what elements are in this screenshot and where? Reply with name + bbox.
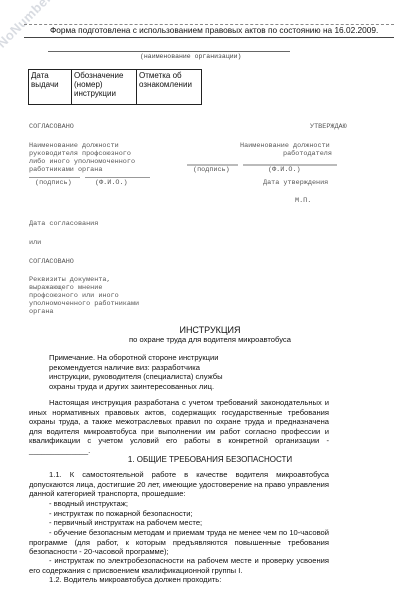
list-item: - инструктаж по электробезопасности на р… — [29, 556, 329, 575]
right-fio-label: (Ф.И.О.) — [268, 167, 301, 175]
agreed-label-2: СОГЛАСОВАНО — [29, 259, 74, 267]
left-position-4: работниками органа — [29, 167, 102, 175]
document-subtitle: по охране труда для водителя микроавтобу… — [0, 335, 420, 344]
form-note: Форма подготовлена с использованием прав… — [50, 25, 378, 35]
acknowledgement-cell: Отметка об ознакомлении — [137, 70, 202, 105]
approval-date-label: Дата утверждения — [263, 180, 328, 188]
document-title: ИНСТРУКЦИЯ — [0, 325, 420, 335]
issue-date-cell: Дата выдачи — [29, 70, 72, 105]
agreed-label: СОГЛАСОВАНО — [29, 124, 74, 132]
section-1-heading: 1. ОБЩИЕ ТРЕБОВАНИЯ БЕЗОПАСНОСТИ — [0, 455, 420, 464]
org-name-label: (наименование организации) — [140, 53, 241, 60]
issue-table: Дата выдачи Обозначение (номер) инструкц… — [28, 69, 202, 105]
list-item: - вводный инструктаж; — [49, 499, 128, 509]
left-signature-line — [29, 177, 80, 178]
list-item: - первичный инструктаж на рабочем месте; — [49, 518, 202, 528]
right-position-2: работодателя — [283, 151, 332, 159]
clause-1-1: 1.1. К самостоятельной работе в качестве… — [29, 470, 329, 499]
left-fio-label: (Ф.И.О.) — [95, 180, 128, 188]
instruction-number-cell: Обозначение (номер) инструкции — [72, 70, 137, 105]
list-item: - обучение безопасным методам и приемам … — [29, 528, 329, 557]
or-label: или — [29, 240, 41, 248]
clause-1-2: 1.2. Водитель микроавтобуса должен прохо… — [49, 575, 221, 585]
stamp-label: М.П. — [295, 198, 311, 206]
requisites-5: органа — [29, 309, 53, 317]
intro-paragraph: Настоящая инструкция разработана с учето… — [29, 398, 329, 456]
approve-label: УТВЕРЖДАЮ — [310, 124, 347, 132]
approval-note: Примечание. На оборотной стороне инструк… — [49, 353, 229, 391]
right-signature-label: (подпись) — [193, 167, 230, 175]
agreement-date-label: Дата согласования — [29, 221, 98, 229]
org-name-line — [48, 51, 290, 52]
left-signature-label: (подпись) — [35, 180, 72, 188]
left-fio-line — [85, 177, 150, 178]
